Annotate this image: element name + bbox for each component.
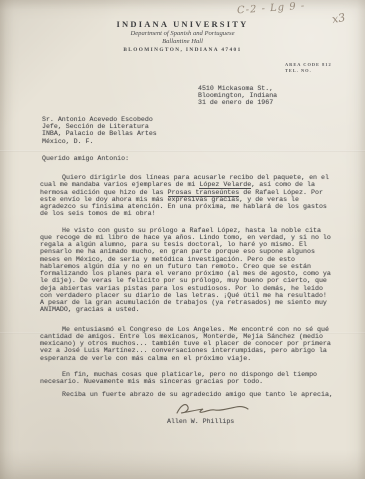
- letterhead-phone-block: AREA CODE 812 TEL. NO.: [285, 62, 332, 74]
- signature-scribble: [172, 400, 250, 418]
- paragraph-4: En fin, muchas cosas que platicarle, per…: [40, 371, 333, 386]
- letterhead-tel-no: TEL. NO.: [285, 68, 332, 74]
- salutation: Querido amigo Antonio:: [42, 155, 129, 162]
- letter-date: 31 de enero de 1967: [198, 99, 277, 106]
- letter-body: Quiero dirigirle dos líneas para acusarl…: [40, 174, 333, 394]
- typed-signature-name: Allen W. Phillips: [167, 418, 234, 425]
- paragraph-2: He visto con gusto su prólogo a Rafael L…: [40, 227, 333, 314]
- recipient-address-block: Sr. Antonio Acevedo Escobedo Jefe, Secci…: [42, 116, 157, 145]
- letterhead-university-name: INDIANA UNIVERSITY: [0, 19, 365, 29]
- letterhead-city-line: BLOOMINGTON, INDIANA 47401: [0, 47, 365, 53]
- pencil-annotation: C-2 - Lg 9 -: [237, 1, 306, 17]
- scanned-letter-page: C-2 - Lg 9 - x3 INDIANA UNIVERSITY Depar…: [0, 0, 365, 479]
- closing-line: Reciba un fuerte abrazo de su agradecido…: [40, 391, 333, 398]
- paper-crease: [0, 150, 365, 152]
- sender-address-block: 4510 Mickasoma St., Bloomington, Indiana…: [198, 85, 277, 107]
- paragraph-3: Me entusiasmó el Congreso de Los Angeles…: [40, 326, 333, 362]
- paragraph-1: Quiero dirigirle dos líneas para acusarl…: [40, 174, 333, 218]
- letterhead-department: Department of Spanish and Portuguese: [0, 30, 365, 37]
- recipient-institution: INBA, Palacio de Bellas Artes: [42, 130, 157, 137]
- letterhead-building: Ballantine Hall: [0, 38, 365, 45]
- recipient-city: México, D. F.: [42, 138, 157, 145]
